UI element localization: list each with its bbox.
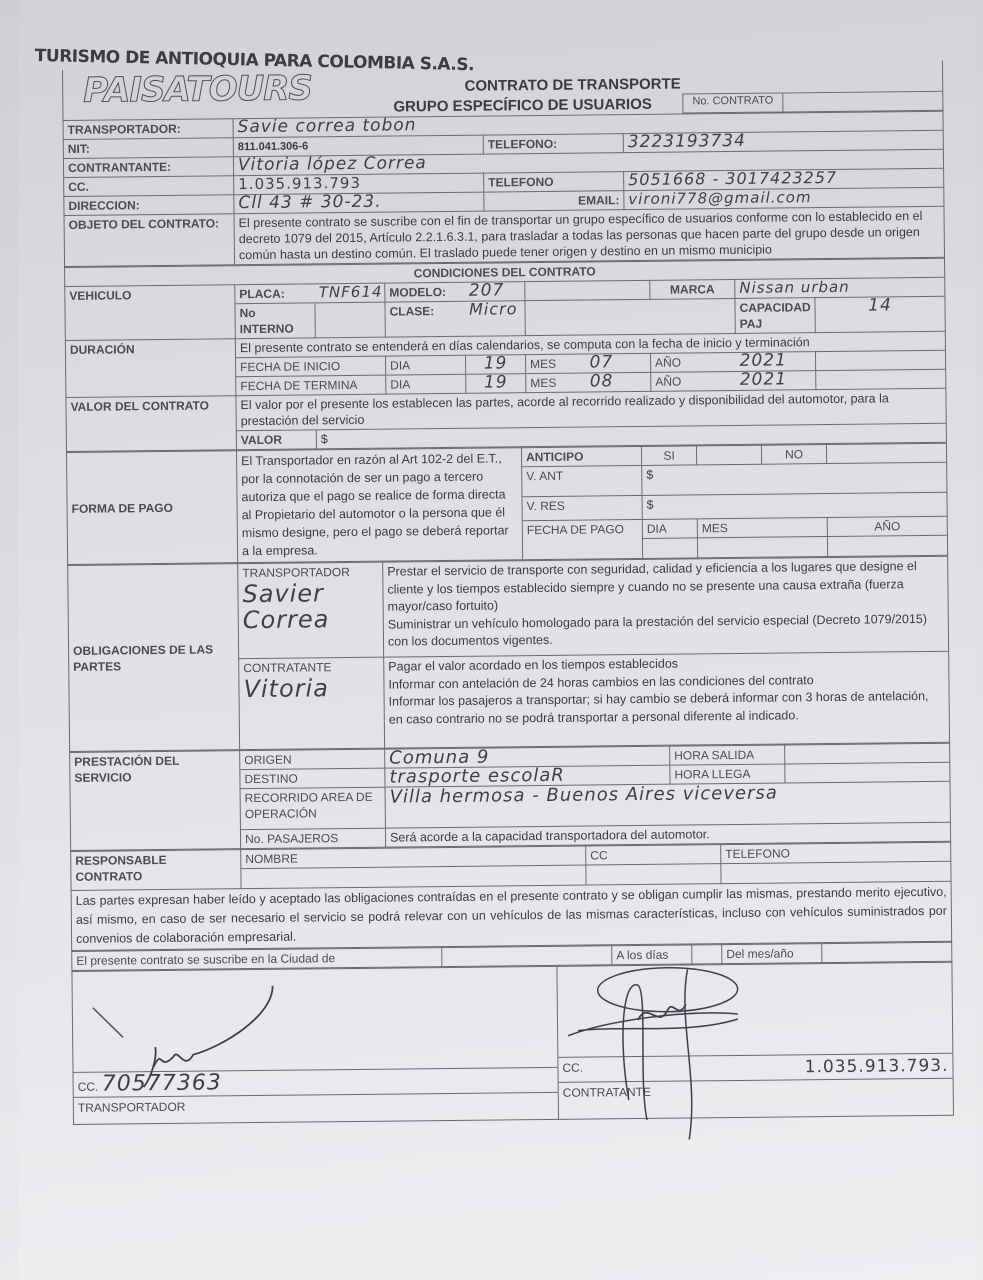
direccion-field[interactable]: Cll 43 # 30-23. (234, 192, 484, 214)
resp-telefono-field[interactable] (721, 861, 951, 883)
contract-no-field[interactable] (783, 91, 943, 112)
si-label: SI (641, 446, 696, 466)
termina-anio-label: AÑO (651, 371, 736, 391)
obl-transportador-text: Prestar el servicio de transporte con se… (383, 556, 949, 657)
v-ant-label: V. ANT (522, 465, 642, 496)
inicio-mes-field[interactable]: 07 (586, 353, 651, 373)
no-interno-field[interactable] (315, 302, 385, 338)
termina-dia-field[interactable]: 19 (466, 374, 526, 394)
payment-section: FORMA DE PAGO El Transportador en razón … (66, 443, 948, 565)
cc-label: CC. (64, 176, 234, 197)
hora-llega-field[interactable] (785, 762, 950, 783)
transportador-signature-box: CC. 70577363 TRANSPORTADOR (72, 966, 559, 1124)
obligations-section: OBLIGACIONES DE LAS PARTES TRANSPORTADOR… (67, 556, 950, 752)
service-section: PRESTACIÓN DEL SERVICIO ORIGEN Comuna 9 … (69, 743, 951, 851)
inicio-dia-label: DIA (386, 355, 466, 375)
inicio-dia-field[interactable]: 19 (466, 355, 526, 375)
direccion-label: DIRECCION: (64, 195, 234, 216)
signatures-section: CC. 70577363 TRANSPORTADOR CC. 1.035.913… (71, 962, 954, 1125)
blank-cell (525, 298, 735, 335)
inicio-anio-field[interactable]: 2021 (735, 352, 815, 372)
prestacion-label: PRESTACIÓN DEL SERVICIO (70, 751, 241, 851)
no-interno-label: No INTERNO (235, 303, 315, 339)
capacidad-field[interactable]: 14 (815, 296, 945, 332)
contract-form: PAISATOURS CONTRATO DE TRANSPORTE GRUPO … (62, 61, 953, 1125)
placa-field[interactable]: TNF614 (315, 283, 385, 303)
vehiculo-label: VEHICULO (65, 285, 236, 341)
firma-contratante-cc-field[interactable]: 1.035.913.793. (805, 1056, 949, 1078)
termina-mes-field[interactable]: 08 (586, 372, 651, 392)
conditions-section: CONDICIONES DEL CONTRATO VEHICULO PLACA:… (64, 258, 947, 452)
email-label: EMAIL: (484, 191, 624, 211)
inicio-label: FECHA DE INICIO (236, 356, 386, 377)
obl-transportador-sign: Savier Correa (242, 580, 379, 633)
origen-label: ORIGEN (240, 749, 385, 770)
no-checkbox[interactable] (826, 443, 946, 463)
destino-label: DESTINO (240, 768, 385, 789)
anticipo-label: ANTICIPO (521, 446, 641, 466)
v-res-field[interactable]: $ (642, 492, 947, 519)
obl-contratante-text: Pagar el valor acordado en los tiempos e… (384, 651, 950, 748)
v-res-label: V. RES (522, 495, 642, 520)
pago-mes-field[interactable] (697, 537, 827, 558)
form-header: PAISATOURS CONTRATO DE TRANSPORTE GRUPO … (62, 61, 943, 120)
resp-cc-label: CC (586, 845, 721, 865)
contratante-signature-icon (567, 958, 789, 1140)
pago-text: El Transportador en razón al Art 102-2 d… (236, 448, 522, 563)
blank-cell (815, 350, 945, 370)
obligaciones-label: OBLIGACIONES DE LAS PARTES (68, 564, 240, 752)
pago-mes-label: MES (697, 518, 827, 538)
declaration-text: Las partes expresan haber leído y acepta… (71, 881, 952, 950)
telefono2-label: TELEFONO (484, 172, 624, 192)
resp-telefono-label: TELEFONO (721, 842, 951, 863)
termina-mes-label: MES (526, 373, 586, 393)
termina-dia-label: DIA (386, 374, 466, 394)
capacidad-label: CAPACIDAD PAJ (735, 298, 815, 334)
blank-cell (816, 369, 946, 389)
termina-label: FECHA DE TERMINA (236, 375, 386, 396)
title-line2: GRUPO ESPECÍFICO DE USUARIOS (367, 95, 679, 115)
valor-field-label: VALOR (236, 430, 316, 450)
firma-transportador-label: TRANSPORTADOR (74, 1093, 558, 1124)
placa-label: PLACA: (235, 284, 315, 304)
responsable-label: RESPONSABLE CONTRATO (71, 850, 241, 891)
pasajeros-label: No. PASAJEROS (240, 828, 385, 849)
nit-label: NIT: (63, 138, 233, 159)
hora-salida-label: HORA SALIDA (670, 745, 785, 765)
pago-anio-label: AÑO (827, 516, 947, 536)
pago-anio-field[interactable] (827, 535, 947, 556)
termina-anio-field[interactable]: 2021 (736, 371, 816, 391)
resp-cc-field[interactable] (586, 864, 721, 885)
marca-label: MARCA (650, 279, 735, 299)
transportador-label: TRANSPORTADOR: (63, 119, 233, 140)
inicio-anio-label: AÑO (650, 352, 735, 372)
duracion-label: DURACIÓN (65, 339, 236, 398)
transportador-signature-icon (83, 975, 344, 1098)
telefono1-label: TELEFONO: (483, 134, 623, 154)
recorrido-field[interactable]: Villa hermosa - Buenos Aires viceversa (385, 781, 950, 828)
inicio-mes-label: MES (526, 354, 586, 374)
v-ant-field[interactable]: $ (642, 462, 947, 495)
parties-section: TRANSPORTADOR: Savie correa tobon NIT: 8… (63, 111, 946, 267)
recorrido-label: RECORRIDO AREA DE OPERACIÓN (240, 787, 385, 830)
hora-llega-label: HORA LLEGA (670, 764, 785, 784)
mes-field[interactable] (822, 942, 952, 962)
pago-dia-label: DIA (642, 519, 697, 539)
hora-salida-field[interactable] (785, 743, 950, 764)
contratante-label: CONTRANTANTE: (63, 157, 233, 178)
no-label: NO (761, 445, 826, 465)
obl-contratante-sign: Vitoria (243, 675, 379, 702)
blank-cell (525, 280, 650, 300)
pago-dia-field[interactable] (642, 538, 697, 559)
clase-label: CLASE: (385, 301, 465, 337)
modelo-label: MODELO: (385, 282, 465, 302)
fecha-pago-label: FECHA DE PAGO (522, 519, 642, 559)
marca-field[interactable]: Nissan urban (735, 277, 945, 298)
contract-no-label: No. CONTRATO (683, 93, 783, 113)
objeto-text: El presente contrato se suscribe con el … (234, 206, 945, 264)
pago-label: FORMA DE PAGO (67, 451, 238, 565)
si-checkbox[interactable] (696, 445, 761, 465)
objeto-label: OBJETO DEL CONTRATO: (64, 214, 235, 267)
clase-field[interactable]: Micro (465, 301, 525, 337)
title-line1: CONTRATO DE TRANSPORTE (367, 74, 779, 95)
contratante-signature-box: CC. 1.035.913.793. CONTRATANTE (557, 962, 954, 1119)
responsible-section: RESPONSABLE CONTRATO NOMBRE CC TELEFONO … (70, 842, 952, 951)
logo: PAISATOURS (83, 69, 312, 111)
valor-label: VALOR DEL CONTRATO (66, 396, 237, 452)
